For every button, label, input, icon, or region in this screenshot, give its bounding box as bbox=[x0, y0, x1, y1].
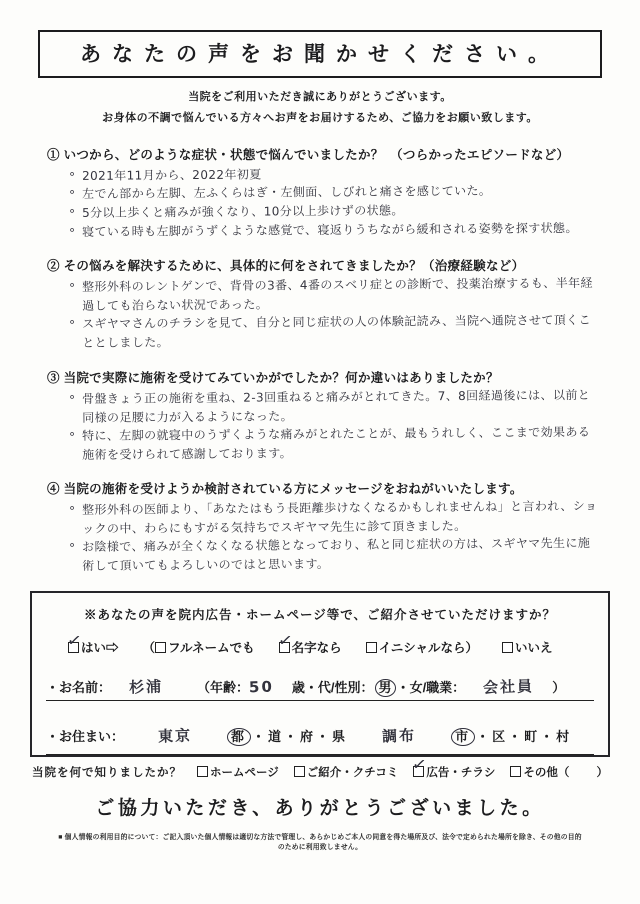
city-units: 市・区・町・村 bbox=[450, 726, 572, 746]
consent-option-initial[interactable]: ✓イニシャルなら） bbox=[366, 638, 478, 656]
checkbox-icon[interactable]: ✓ bbox=[155, 642, 166, 653]
subtitle-line-2: お身体の不調で悩んでいる方々へお声をお届けするため、ご協力をお願い致します。 bbox=[0, 108, 640, 129]
check-mark-icon: ✓ bbox=[66, 632, 83, 651]
prefecture-unit-rest: ・道・府・県 bbox=[252, 729, 348, 744]
handwritten-answer: 整形外科のレントゲンで、背骨の3番、4番のスベリ症との診断で、投薬治療するも、半… bbox=[69, 274, 600, 315]
consent-option-surname[interactable]: ✓名字なら bbox=[279, 638, 342, 656]
consent-option-label: 名字なら bbox=[292, 641, 342, 655]
handwritten-answer: 整形外科の医師より、「あなたはもう長距離歩けなくなるかもしれませんね」と言われ、… bbox=[69, 497, 600, 538]
consent-option-label: イニシャルなら bbox=[379, 641, 466, 655]
checkbox-icon[interactable]: ✓ bbox=[197, 766, 208, 777]
question-2-label: ② その悩みを解決するために、具体的に何をされてきましたか？（治療経験など） bbox=[47, 256, 600, 274]
privacy-note: ■ 個人情報の利用目的について：ご記入頂いた個人情報は適切な方法で管理し、あらか… bbox=[58, 831, 582, 851]
handwritten-answer: スギヤマさんのチラシを見て、自分と同じ症状の人の体験記読み、当院へ通院させて頂く… bbox=[69, 311, 600, 352]
city-unit-circled[interactable]: 市 bbox=[451, 728, 475, 746]
checkbox-icon[interactable]: ✓ bbox=[502, 642, 513, 653]
question-4-answers: 整形外科の医師より、「あなたはもう長距離歩けなくなるかもしれませんね」と言われ、… bbox=[69, 501, 600, 575]
consent-option-label: はい⇨ bbox=[81, 641, 119, 655]
address-row: ・お住まい： 東京 都・道・府・県 調布 市・区・町・村 bbox=[46, 701, 594, 755]
checkbox-icon[interactable]: ✓ bbox=[294, 766, 305, 777]
referral-option-homepage[interactable]: ✓ホームページ bbox=[197, 764, 279, 780]
title-box: あなたの声をお聞かせください。 bbox=[38, 30, 602, 78]
question-3: ③ 当院で実際に施術を受けてみていかがでしたか？何か違いはありましたか？ 骨盤き… bbox=[47, 368, 600, 464]
referral-option-label: 広告・チラシ bbox=[426, 767, 495, 779]
referral-row: 当院を何で知りましたか？ ✓ホームページ ✓ご紹介・クチコミ ✓広告・チラシ ✓… bbox=[32, 764, 608, 780]
closing-thanks: ご協力いただき、ありがとうございました。 bbox=[0, 793, 640, 820]
question-3-label: ③ 当院で実際に施術を受けてみていかがでしたか？何か違いはありましたか？ bbox=[47, 368, 600, 386]
other-close-paren: ） bbox=[597, 764, 609, 780]
age-label: （年齢： bbox=[197, 677, 249, 696]
name-label: ・お名前： bbox=[46, 677, 111, 696]
open-paren: （ bbox=[143, 641, 156, 655]
question-2: ② その悩みを解決するために、具体的に何をされてきましたか？（治療経験など） 整… bbox=[47, 256, 600, 352]
consent-option-label: フルネームでも bbox=[168, 641, 255, 655]
consent-question: ※あなたの声を院内広告・ホームページ等で、ご紹介させていただけますか？ bbox=[46, 605, 594, 623]
referral-option-label: その他（ bbox=[523, 767, 569, 779]
subtitle-block: 当院をご利用いただき誠にありがとうございます。 お身体の不調で悩んでいる方々へお… bbox=[0, 87, 640, 130]
checkbox-icon[interactable]: ✓ bbox=[68, 642, 79, 653]
question-3-answers: 骨盤きょう正の施術を重ね、2-3回重ねると痛みがとれてきた。7、8回経過後には、… bbox=[69, 390, 600, 464]
handwritten-answer: お陰様で、痛みが全くなくなる状態となっており、私と同じ症状の方は、スギヤマ先生に… bbox=[69, 534, 600, 575]
page-title: あなたの声をお聞かせください。 bbox=[42, 38, 598, 68]
referral-question: 当院を何で知りましたか？ bbox=[32, 764, 182, 780]
checkbox-icon[interactable]: ✓ bbox=[510, 766, 521, 777]
prefecture-field[interactable]: 東京 bbox=[158, 725, 193, 747]
referral-option-other[interactable]: ✓その他（ ） bbox=[510, 764, 608, 780]
prefecture-unit-circled[interactable]: 都 bbox=[227, 728, 251, 746]
referral-option-label: ご紹介・クチコミ bbox=[307, 767, 399, 779]
referral-option-wordofmouth[interactable]: ✓ご紹介・クチコミ bbox=[294, 764, 399, 780]
subtitle-line-1: 当院をご利用いただき誠にありがとうございます。 bbox=[0, 87, 640, 108]
consent-option-label: いいえ bbox=[515, 641, 553, 655]
question-1-answers: 2021年11月から、2022年初夏 左でん部から左脚、左ふくらはぎ・左側面、し… bbox=[69, 167, 600, 241]
consent-options: ✓はい⇨ （✓フルネームでも ✓名字なら ✓イニシャルなら） ✓いいえ bbox=[68, 638, 594, 656]
consent-option-no[interactable]: ✓いいえ bbox=[502, 638, 553, 656]
question-1-label: ① いつから、どのような症状・状態で悩んでいましたか？ （つらかったエピソードな… bbox=[47, 145, 600, 163]
close-paren: ） bbox=[465, 641, 478, 655]
check-mark-icon: ✓ bbox=[276, 632, 293, 651]
gender-male-circled[interactable]: 男 bbox=[375, 679, 396, 697]
age-suffix-label: 歳・代/性別： bbox=[292, 677, 374, 696]
checkbox-icon[interactable]: ✓ bbox=[413, 766, 424, 777]
consent-option-yes[interactable]: ✓はい⇨ bbox=[68, 638, 119, 656]
question-4: ④ 当院の施術を受けようか検討されている方にメッセージをおねがいいたします。 整… bbox=[47, 479, 600, 575]
question-1: ① いつから、どのような症状・状態で悩んでいましたか？ （つらかったエピソードな… bbox=[47, 145, 600, 241]
prefecture-units: 都・道・府・県 bbox=[226, 726, 348, 746]
consent-box: ※あなたの声を院内広告・ホームページ等で、ご紹介させていただけますか？ ✓はい⇨… bbox=[30, 591, 610, 757]
referral-option-flyer[interactable]: ✓広告・チラシ bbox=[413, 764, 495, 780]
referral-option-label: ホームページ bbox=[210, 767, 279, 779]
handwritten-answer: 骨盤きょう正の施術を重ね、2-3回重ねると痛みがとれてきた。7、8回経過後には、… bbox=[69, 385, 600, 426]
job-field[interactable]: 会社員 bbox=[483, 675, 535, 698]
city-unit-rest: ・区・町・村 bbox=[476, 729, 572, 744]
age-field[interactable]: 50 bbox=[249, 678, 274, 697]
city-field[interactable]: 調布 bbox=[382, 725, 417, 747]
row-close-paren: ） bbox=[552, 677, 565, 696]
handwritten-answer: 寝ている時も左脚がうずくような感覚で、寝返りうちながら緩和される姿勢を探す状態。 bbox=[69, 218, 600, 241]
name-row: ・お名前： 杉浦 （年齢： 50 歳・代/性別： 男 ・女/職業： 会社員 ） bbox=[46, 660, 594, 701]
checkbox-icon[interactable]: ✓ bbox=[366, 642, 377, 653]
gender-rest-label: ・女/職業： bbox=[397, 677, 466, 696]
question-2-answers: 整形外科のレントゲンで、背骨の3番、4番のスベリ症との診断で、投薬治療するも、半… bbox=[69, 278, 600, 352]
survey-form-page: あなたの声をお聞かせください。 当院をご利用いただき誠にありがとうございます。 … bbox=[0, 0, 640, 904]
name-field[interactable]: 杉浦 bbox=[129, 676, 164, 698]
consent-option-fullname[interactable]: （✓フルネームでも bbox=[143, 638, 255, 656]
address-label: ・お住まい： bbox=[46, 726, 124, 745]
checkbox-icon[interactable]: ✓ bbox=[279, 642, 290, 653]
question-4-label: ④ 当院の施術を受けようか検討されている方にメッセージをおねがいいたします。 bbox=[47, 479, 600, 497]
handwritten-answer: 特に、左脚の就寝中のうずくような痛みがとれたことが、最もうれしく、ここまで効果あ… bbox=[69, 423, 600, 464]
